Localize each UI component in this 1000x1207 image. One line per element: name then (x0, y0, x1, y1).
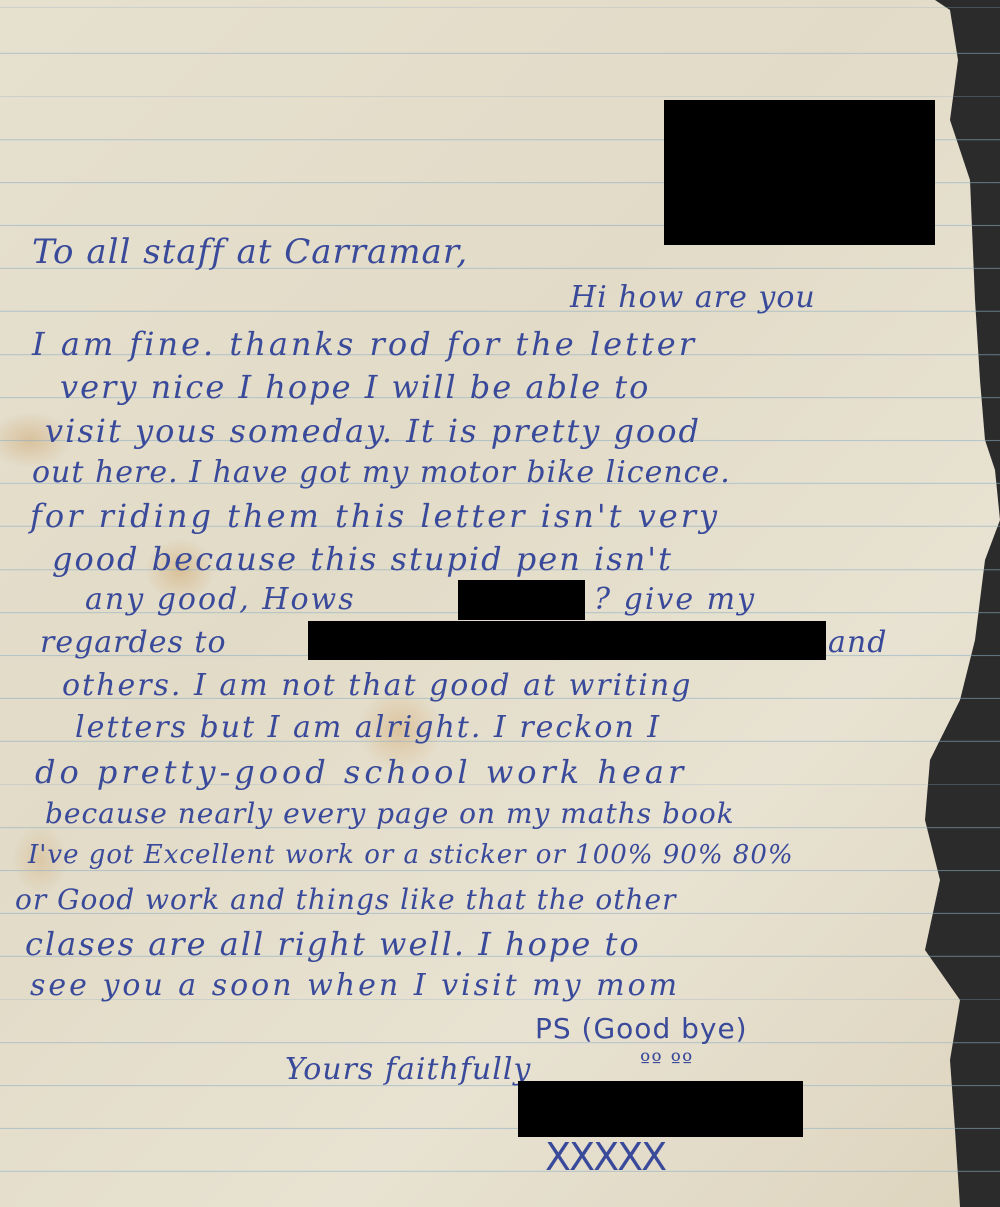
letter-line: letters but I am alright. I reckon I (75, 710, 661, 745)
letter-line: I am fine. thanks rod for the letter (32, 325, 697, 363)
letter-line: I've got Excellent work or a sticker or … (28, 840, 794, 870)
letter-line: very nice I hope I will be able to (60, 368, 650, 406)
postscript: PS (Good bye) (535, 1012, 748, 1045)
redaction-signature (518, 1081, 803, 1137)
letter-line: ? give my (594, 582, 756, 617)
letter-line: visit yous someday. It is pretty good (45, 412, 701, 450)
letter-line: others. I am not that good at writing (62, 668, 692, 703)
greeting: Hi how are you (570, 280, 816, 315)
letter-line: and (828, 625, 887, 660)
salutation: To all staff at Carramar, (32, 232, 468, 272)
redaction-names (308, 621, 826, 660)
letter-line: because nearly every page on my maths bo… (45, 797, 735, 830)
redaction-header (664, 100, 935, 245)
redaction-name (458, 580, 585, 620)
letter-line: clases are all right well. I hope to (25, 925, 641, 963)
kisses: xxxxx (545, 1135, 665, 1179)
letter-line: good because this stupid pen isn't (52, 540, 673, 578)
letter-line: regardes to (40, 625, 227, 660)
letter-line: for riding them this letter isn't very (30, 497, 720, 535)
letter-line: or Good work and things like that the ot… (15, 883, 676, 916)
letter-line: see you a soon when I visit my mom (30, 968, 680, 1003)
letter-line: any good, Hows (85, 582, 356, 617)
postscript-marks: ºº ºº (640, 1050, 693, 1075)
letter-line: out here. I have got my motor bike licen… (32, 455, 731, 490)
closing: Yours faithfully (285, 1052, 531, 1087)
letter-line: do pretty-good school work hear (35, 753, 687, 791)
